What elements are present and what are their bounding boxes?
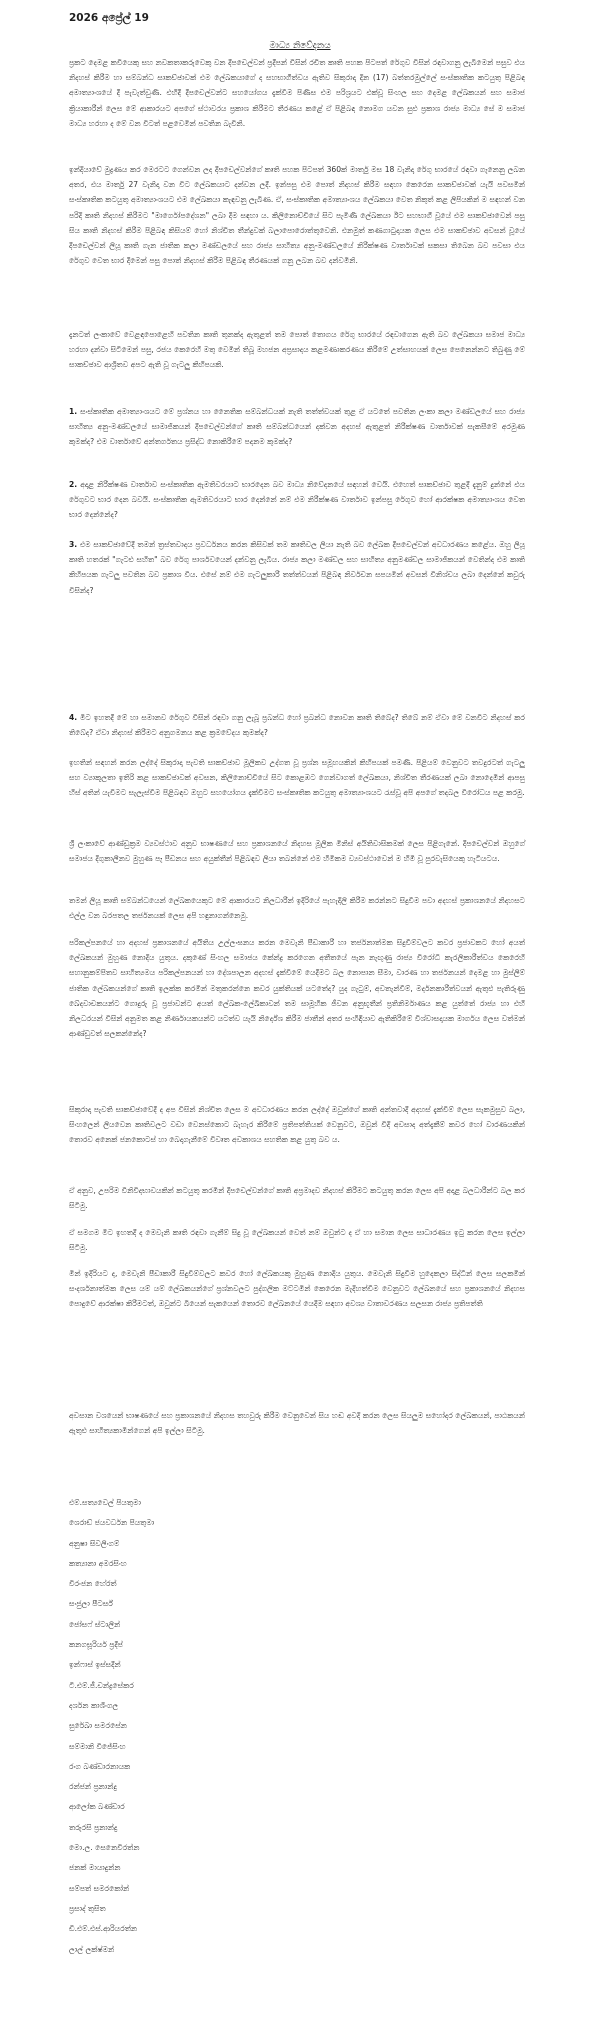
- justice-paragraph: ඒ සමගම මීට ඉහතදී ද මෙවැනි කෘති රඳවා ගැනී…: [69, 1225, 525, 1255]
- press-release-page: 2026 අප්‍රේල් 19 මාධ්‍ය නිවේදනය ප්‍රකට ද…: [0, 0, 600, 2039]
- signatory: රන්ජන් ප්‍රනාන්දු: [69, 1777, 369, 1797]
- question-number: 2.: [69, 480, 77, 489]
- question-1: 1. සංස්කෘතික අමාත්‍යාංශයට මේ ප්‍රශ්නය හා…: [69, 404, 525, 450]
- constitution-paragraph: ශ්‍රී ලංකාවේ ආණ්ඩුක්‍රම ව්‍යවස්ථාව අනුව …: [69, 836, 525, 866]
- signatory: තරුරසි ප්‍රනාන්දු: [69, 1818, 369, 1838]
- signatory: ලාල් ලක්ෂ්මන්: [69, 1940, 369, 1960]
- signatory: ටී.එම්.ජී.චන්ද්‍රසේකර: [69, 1676, 369, 1696]
- signatory: ආලෝක බණ්ඩාර: [69, 1797, 369, 1817]
- signatory: ඩී.එම්.එස්.ආරියරත්න: [69, 1919, 369, 1939]
- concerns-intro-paragraph: දැනටත් ලංකාවේ වෙළඳපොළෙහි පවතින කෘති තුනක…: [69, 327, 525, 373]
- question-4: 4. මීට ඉහතදී මේ හා සමානව රේගුව විසින් රඳ…: [69, 710, 525, 740]
- signatory: කනගසූරියර් ප්‍රදීප්: [69, 1635, 369, 1655]
- signatory: ජෝසෆ් ස්ටාලින්: [69, 1615, 369, 1635]
- question-number: 1.: [69, 407, 77, 416]
- demand-paragraph: ඒ අනුව, උපරිම විනිවිදභාවයකින් කටයුතු කරම…: [69, 1183, 525, 1213]
- signatory: දර්ශන කාශිංගල: [69, 1696, 369, 1716]
- future-policy-paragraph: මින් ඉදිරියට ද, මෙවැනි පීඩාකාරී සිදුවීම්…: [69, 1266, 525, 1312]
- intro-paragraph: ප්‍රකට දෙමළ කවියෙකු සහ නවකතාකරුවෙකු වන ද…: [69, 55, 525, 131]
- background-paragraph: ඉන්දියාවේ මුද්‍රණය කර මෙරටට ගෙන්වන ලද දී…: [69, 162, 525, 268]
- signatory: ශෙරාඩ් ජයවර්ධන පියතුමා: [69, 1513, 369, 1533]
- closing-paragraph: අවසාන වශයෙන් භාෂණයේ සහ ප්‍රකාශනයේ නිදහස …: [69, 1408, 525, 1438]
- signatory: සම්මානි විජේසිංහ: [69, 1737, 369, 1757]
- question-text: සංස්කෘතික අමාත්‍යාංශයට මේ ප්‍රශ්නය හා නෛ…: [69, 407, 525, 446]
- signatory: සම්පත් සමරකෝන්: [69, 1879, 369, 1899]
- question-2: 2. අදාළ නිරීක්ෂණ වාර්තාව සංස්කෘතික ඇමතිව…: [69, 477, 525, 523]
- signatory: රංග බණ්ඩාරනායක: [69, 1757, 369, 1777]
- signatory: මො.ල. සෙනෙවිරත්න: [69, 1838, 369, 1858]
- imagination-rights-paragraph: පරිකල්පනයේ හා අදහස් ප්‍රකාශනයේ අයිතිය උල…: [69, 935, 525, 1041]
- question-text: මීට ඉහතදී මේ හා සමානව රේගුව විසින් රඳවා …: [69, 713, 525, 737]
- signatory: එම්.සත්‍යවෙල් පියතුමා: [69, 1493, 369, 1513]
- signatory: ප්‍රසාද් තුසිත: [69, 1899, 369, 1919]
- threat-paragraph: තමන් ලියූ කෘති සම්බන්ධයෙන් ලේඛකයෙකුට මේ …: [69, 893, 525, 923]
- signatory: සංජුලා පීටර්ස්: [69, 1594, 369, 1614]
- signatory: විරංජන හේරත්: [69, 1574, 369, 1594]
- question-text: අදාළ නිරීක්ෂණ වාර්තාව සංස්කෘතික ඇමතිවරයා…: [69, 480, 525, 519]
- signatory: ජනක් මායාදුන්න: [69, 1858, 369, 1878]
- document-title: මාධ්‍ය නිවේදනය: [0, 41, 600, 51]
- document-date: 2026 අප්‍රේල් 19: [69, 12, 149, 25]
- signatory: අනුෂා සිවලිංගම්: [69, 1534, 369, 1554]
- signatory: කත්‍යානා අමරසිංහ: [69, 1554, 369, 1574]
- question-3: 3. එම සාකච්ඡාවේදී තමන් ත්‍රස්තවාදය ප්‍රව…: [69, 537, 525, 598]
- signatory: ඉන්ෆාස් ඉස්සදීන්: [69, 1655, 369, 1675]
- emphasis-paragraph: සිකුරාදා පැවති සාකච්ඡාවේදී ද අප විසින් න…: [69, 1102, 525, 1148]
- protest-paragraph: ඉහතින් සඳහන් කරන ලද්දේ සිකුරාදා පැවති සා…: [69, 755, 525, 801]
- signatory: සුරේඛා සමරසේන: [69, 1716, 369, 1736]
- signatory-list: එම්.සත්‍යවෙල් පියතුමා ශෙරාඩ් ජයවර්ධන පිය…: [69, 1493, 369, 1960]
- question-text: එම සාකච්ඡාවේදී තමන් ත්‍රස්තවාදය ප්‍රවර්ධ…: [69, 540, 525, 595]
- question-number: 4.: [69, 713, 77, 722]
- question-number: 3.: [69, 540, 77, 549]
